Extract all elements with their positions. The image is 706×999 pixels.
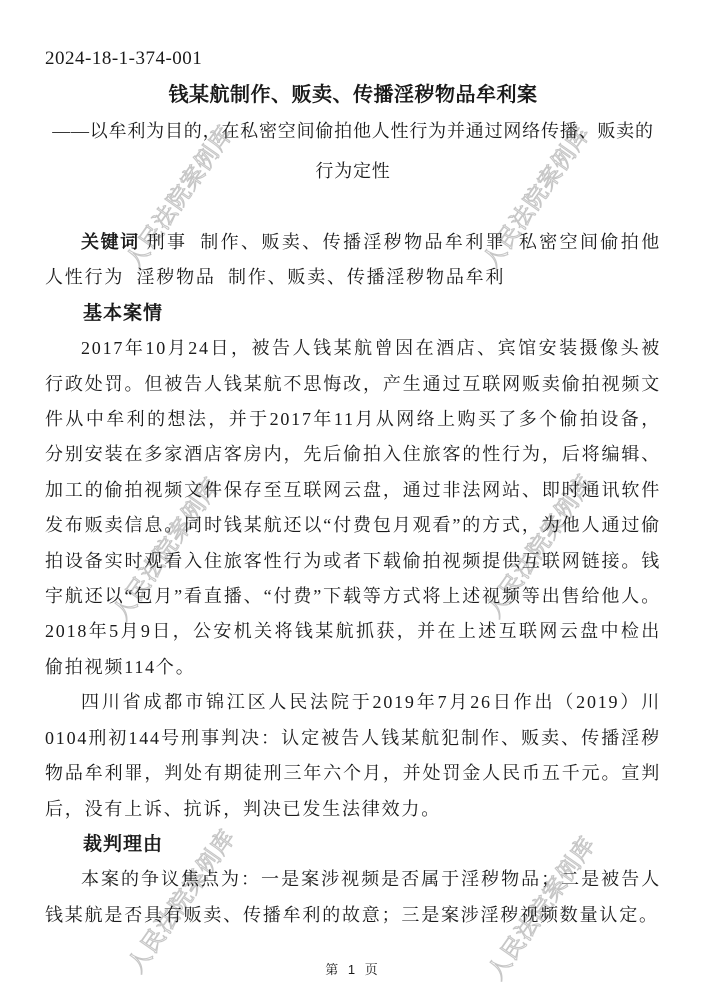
keyword-item: 淫秽物品 xyxy=(137,267,216,287)
document-content: 2024-18-1-374-001 钱某航制作、贩卖、传播淫秽物品牟利案 ——以… xyxy=(45,46,661,933)
paragraph-judgment-reasons-1: 本案的争议焦点为：一是案涉视频是否属于淫秽物品；二是被告人钱某航是否具有贩卖、传… xyxy=(45,862,661,933)
paragraph-basic-facts-2: 四川省成都市锦江区人民法院于2019年7月26日作出（2019）川0104刑初1… xyxy=(45,685,661,827)
section-heading-judgment-reasons: 裁判理由 xyxy=(45,827,661,862)
case-title: 钱某航制作、贩卖、传播淫秽物品牟利案 xyxy=(45,80,661,110)
case-number: 2024-18-1-374-001 xyxy=(45,46,661,72)
keyword-item: 制作、贩卖、传播淫秽物品牟利 xyxy=(228,267,505,287)
document-body: 关键词 刑事 制作、贩卖、传播淫秽物品牟利罪 私密空间偷拍他人性行为 淫秽物品 … xyxy=(45,225,661,933)
paragraph-basic-facts-1: 2017年10月24日，被告人钱某航曾因在酒店、宾馆安装摄像头被行政处罚。但被告… xyxy=(45,331,661,685)
document-page: 人民法院案例库 人民法院案例库 人民法院案例库 人民法院案例库 人民法院案例库 … xyxy=(0,0,706,999)
case-subtitle: ——以牟利为目的，在私密空间偷拍他人性行为并通过网络传播、贩卖的行为定性 xyxy=(45,112,661,191)
keyword-item: 制作、贩卖、传播淫秽物品牟利罪 xyxy=(200,232,506,252)
page-number: 第 1 页 xyxy=(0,959,706,978)
section-heading-basic-facts: 基本案情 xyxy=(45,296,661,331)
keywords-label: 关键词 xyxy=(81,232,140,252)
keywords-line: 关键词 刑事 制作、贩卖、传播淫秽物品牟利罪 私密空间偷拍他人性行为 淫秽物品 … xyxy=(45,225,661,296)
keyword-item: 刑事 xyxy=(147,232,188,252)
